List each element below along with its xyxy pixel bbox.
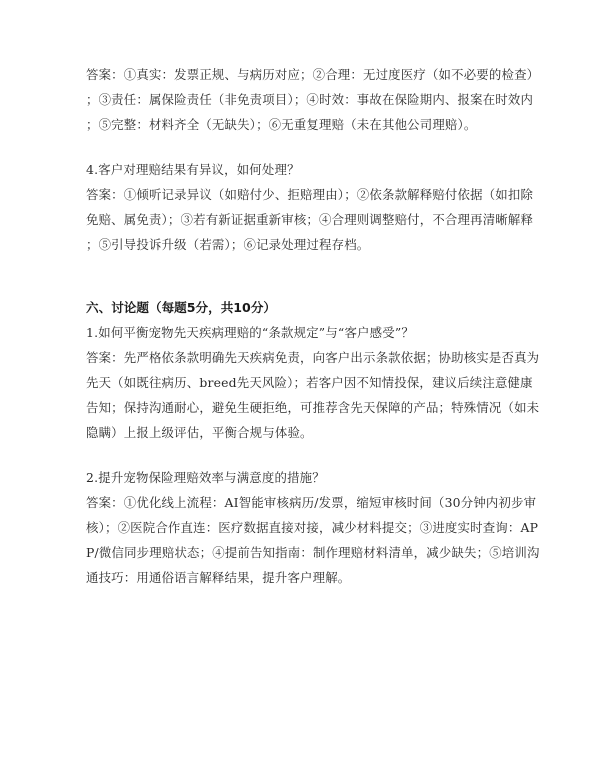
question-text: 4.客户对理赔结果有异议，如何处理？ — [86, 157, 516, 182]
question-text: 1.如何平衡宠物先天疾病理赔的“条款规定”与“客户感受”？ — [86, 320, 516, 345]
question-text: 2.提升宠物保险理赔效率与满意度的措施？ — [86, 465, 516, 490]
discussion-q2: 2.提升宠物保险理赔效率与满意度的措施？ 答案：①优化线上流程：AI智能审核病历… — [86, 465, 516, 590]
answer-line: ；③责任：属保险责任（非免责项目）；④时效：事故在保险期内、报案在时效内 — [86, 87, 516, 112]
answer-line: ；⑤完整：材料齐全（无缺失）；⑥无重复理赔（未在其他公司理赔）。 — [86, 112, 516, 137]
answer-line: 告知；保持沟通耐心，避免生硬拒绝，可推荐含先天保障的产品；特殊情况（如未 — [86, 395, 516, 420]
answer-line: 隐瞒）上报上级评估，平衡合规与体验。 — [86, 420, 516, 445]
answer-line: 答案：①倾听记录异议（如赔付少、拒赔理由）；②依条款解释赔付依据（如扣除 — [86, 182, 516, 207]
answer-line: 答案：先严格依条款明确先天疾病免责，向客户出示条款依据；协助核实是否真为 — [86, 345, 516, 370]
section-6: 六、讨论题（每题5分，共10分） 1.如何平衡宠物先天疾病理赔的“条款规定”与“… — [86, 295, 516, 590]
answer-line: 核）；②医院合作直连：医疗数据直接对接，减少材料提交；③进度实时查询：AP — [86, 515, 516, 540]
q4-block: 4.客户对理赔结果有异议，如何处理？ 答案：①倾听记录异议（如赔付少、拒赔理由）… — [86, 157, 516, 257]
answer-line: 通技巧：用通俗语言解释结果，提升客户理解。 — [86, 565, 516, 590]
answer-line: P/微信同步理赔状态；④提前告知指南：制作理赔材料清单，减少缺失；⑤培训沟 — [86, 540, 516, 565]
answer-line: 答案：①优化线上流程：AI智能审核病历/发票，缩短审核时间（30分钟内初步审 — [86, 490, 516, 515]
q3-answer: 答案：①真实：发票正规、与病历对应；②合理：无过度医疗（如不必要的检查） ；③责… — [86, 62, 516, 137]
answer-line: 先天（如既往病历、breed先天风险）；若客户因不知情投保，建议后续注意健康 — [86, 370, 516, 395]
answer-line: 免赔、属免责）；③若有新证据重新审核；④合理则调整赔付，不合理再清晰解释 — [86, 207, 516, 232]
document-page: 答案：①真实：发票正规、与病历对应；②合理：无过度医疗（如不必要的检查） ；③责… — [86, 62, 516, 590]
discussion-q1: 1.如何平衡宠物先天疾病理赔的“条款规定”与“客户感受”？ 答案：先严格依条款明… — [86, 320, 516, 445]
answer-line: 答案：①真实：发票正规、与病历对应；②合理：无过度医疗（如不必要的检查） — [86, 62, 516, 87]
section-heading: 六、讨论题（每题5分，共10分） — [86, 295, 516, 320]
answer-line: ；⑤引导投诉升级（若需）；⑥记录处理过程存档。 — [86, 232, 516, 257]
